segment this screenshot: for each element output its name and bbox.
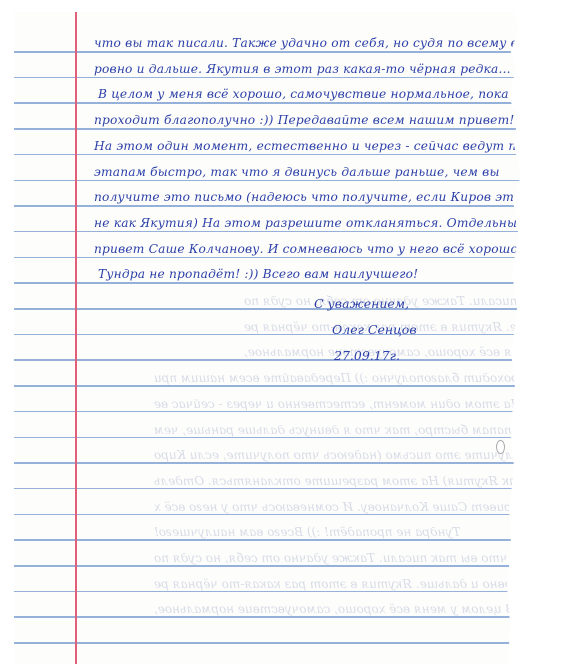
bleed-through-line: что вы так писали. Также удачно от себя,… [244, 294, 575, 308]
signature-closing: С уважением, [314, 296, 409, 311]
rule-line [14, 437, 534, 439]
rule-line [14, 591, 534, 593]
rule-line [14, 231, 534, 233]
letter-line: этапам быстро, так что я двинусь дальше … [94, 165, 500, 179]
rule-line [14, 205, 534, 207]
rule-line [14, 128, 534, 130]
rule-line [14, 616, 534, 618]
rule-line [14, 154, 534, 156]
rule-line [14, 411, 534, 413]
rule-line [14, 334, 534, 336]
rule-line [14, 308, 534, 310]
rule-line [14, 359, 534, 361]
margin-line [75, 12, 77, 664]
rule-line [14, 565, 534, 567]
bleed-through-line: Тундра не пропадёт! :)) Всего вам наилуч… [154, 525, 461, 539]
bleed-through-line: этапам быстро, так что я двинусь дальше … [154, 423, 522, 437]
rule-line [14, 180, 534, 182]
rule-line [14, 642, 534, 644]
letter-line: На этом один момент, естественно и через… [94, 139, 524, 153]
notebook-page: что вы так писали. Также удачно от себя,… [14, 12, 534, 664]
rule-line [14, 462, 534, 464]
bleed-through-line: В целом у меня всё хорошо, самочувствие … [244, 345, 575, 359]
bleed-through-line: В целом у меня всё хорошо, самочувствие … [154, 602, 514, 616]
rule-line [14, 539, 534, 541]
torn-edge-mark [496, 440, 505, 454]
rule-line [14, 385, 534, 387]
bleed-through-line: проходит благополучно :)) Передавайте вс… [154, 371, 527, 385]
rule-line [14, 77, 534, 79]
letter-line: Тундра не пропадёт! :)) Всего вам наилуч… [98, 267, 418, 281]
letter-line: не как Якутия) На этом разрешите откланя… [94, 216, 525, 230]
letter-line: В целом у меня всё хорошо, самочувствие … [98, 87, 509, 101]
rule-line [14, 488, 534, 490]
rule-line [14, 102, 534, 104]
rule-line [14, 257, 534, 259]
bleed-through-line: получите это письмо (надеюсь что получит… [154, 448, 528, 462]
signature-name: Олег Сенцов [332, 322, 417, 337]
bleed-through-line: ровно и дальше. Якутия в этот раз какая-… [154, 577, 520, 591]
letter-line: что вы так писали. Также удачно от себя,… [94, 36, 532, 50]
letter-line: ровно и дальше. Якутия в этот раз какая-… [94, 62, 511, 76]
letter-line: проходит благополучно :)) Передавайте вс… [94, 113, 514, 127]
letter-line: привет Саше Колчанову. И сомневаюсь что … [94, 242, 518, 256]
bleed-through-line: не как Якутия) На этом разрешите откланя… [154, 474, 542, 488]
bleed-through-line: На этом один момент, естественно и через… [154, 397, 521, 411]
letter-line: получите это письмо (надеюсь что получит… [94, 190, 522, 204]
rule-line [14, 51, 534, 53]
rule-line [14, 282, 534, 284]
letter-date: 27.09.17г. [334, 348, 400, 363]
bleed-through-line: привет Саше Колчанову. И сомневаюсь что … [154, 500, 520, 514]
rule-line [14, 514, 534, 516]
bleed-through-line: что вы так писали. Также удачно от себя,… [154, 551, 507, 565]
